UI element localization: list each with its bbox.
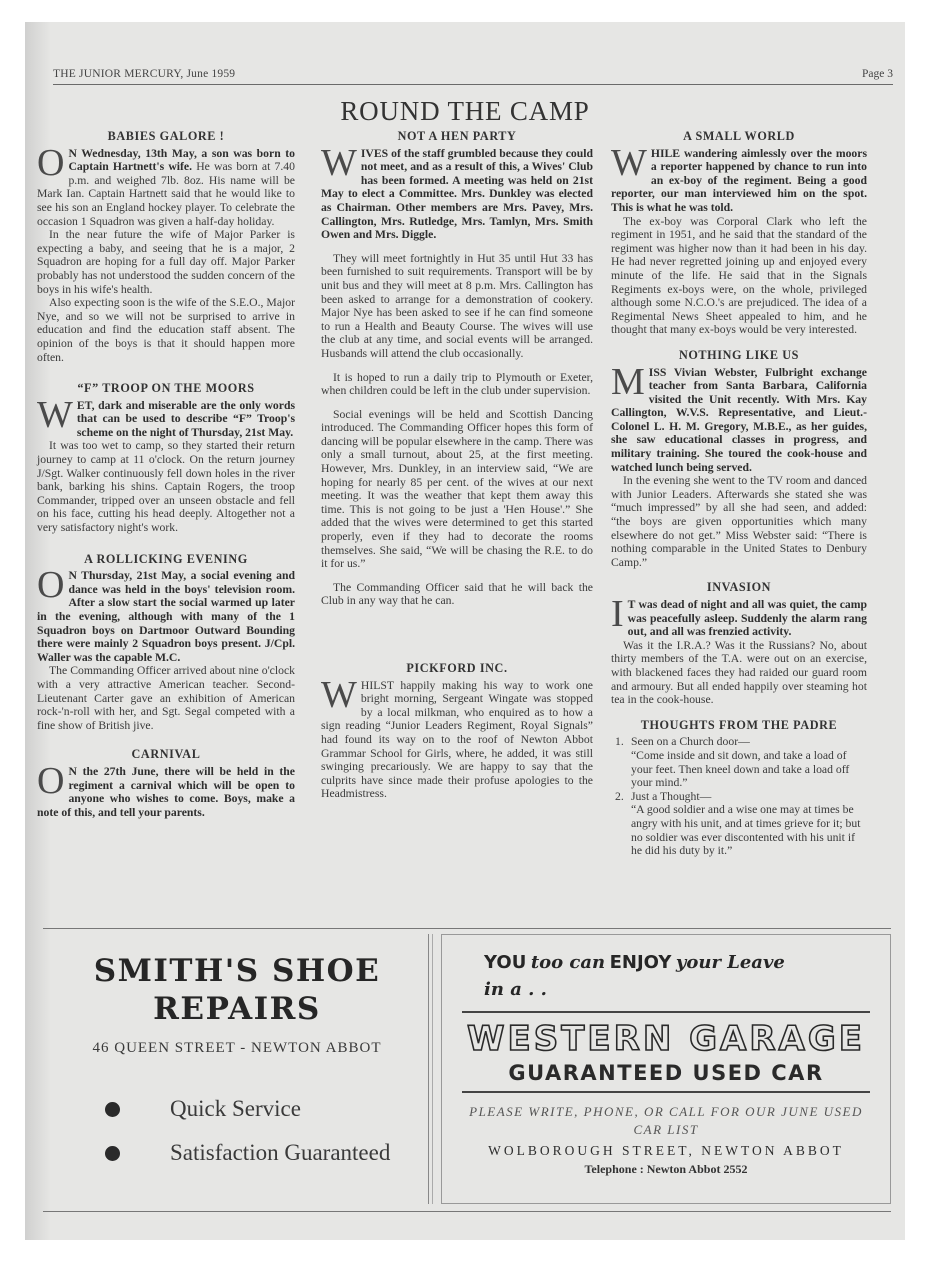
- article-paragraph: Social evenings will be held and Scottis…: [321, 408, 593, 571]
- article-lead: HILE wandering aimlessly over the moors …: [611, 147, 867, 214]
- padre-list: 1. Seen on a Church door— “Come inside a…: [611, 735, 867, 857]
- padre-item: 2. Just a Thought— “A good soldier and a…: [611, 790, 867, 858]
- ad-rule: [462, 1011, 870, 1013]
- article-lead: T was dead of night and all was quiet, t…: [628, 598, 867, 638]
- article-lead: ET, dark and miserable are the only word…: [77, 399, 295, 439]
- article-heading: A SMALL WORLD: [611, 130, 867, 144]
- padre-item: 1. Seen on a Church door— “Come inside a…: [611, 735, 867, 789]
- ad-address: 46 QUEEN STREET - NEWTON ABBOT: [49, 1040, 425, 1057]
- ad-title: SMITH'S SHOE REPAIRS: [49, 952, 425, 1028]
- article-paragraph: It is hoped to run a daily trip to Plymo…: [321, 371, 593, 398]
- article-small-world: A SMALL WORLD WHILE wandering aimlessly …: [611, 130, 867, 337]
- article-heading: A ROLLICKING EVENING: [37, 553, 295, 567]
- article-paragraph: Was it the I.R.A.? Was it the Russians? …: [611, 639, 867, 707]
- article-heading: NOTHING LIKE US: [611, 349, 867, 363]
- drop-cap: M: [611, 367, 645, 397]
- ad-divider: [428, 934, 429, 1204]
- ad-rule: [462, 1091, 870, 1093]
- article-heading: INVASION: [611, 581, 867, 595]
- drop-cap: W: [321, 148, 357, 178]
- article-lead: N Thursday, 21st May, a social evening a…: [37, 569, 295, 664]
- article-f-troop: “F” TROOP ON THE MOORS WET, dark and mis…: [37, 382, 295, 535]
- column-right: A SMALL WORLD WHILE wandering aimlessly …: [611, 130, 867, 870]
- drop-cap: I: [611, 599, 624, 629]
- ad-address: WOLBOROUGH STREET, NEWTON ABBOT: [442, 1143, 890, 1159]
- ad-telephone: Telephone : Newton Abbot 2552: [442, 1162, 890, 1177]
- article-lead: HILST happily making his way to work one…: [321, 679, 593, 801]
- article-thoughts-from-the-padre: THOUGHTS FROM THE PADRE 1. Seen on a Chu…: [611, 719, 867, 858]
- article-heading: THOUGHTS FROM THE PADRE: [611, 719, 867, 733]
- page-title: ROUND THE CAMP: [25, 96, 905, 127]
- article-paragraph: It was too wet to camp, so they started …: [37, 439, 295, 534]
- article-paragraph: The ex-boy was Corporal Clark who left t…: [611, 215, 867, 337]
- ad-call-to-action: PLEASE WRITE, PHONE, OR CALL FOR OUR JUN…: [442, 1103, 890, 1139]
- article-rollicking-evening: A ROLLICKING EVENING ON Thursday, 21st M…: [37, 553, 295, 733]
- ad-bullets: Quick Service Satisfaction Guaranteed: [49, 1087, 425, 1175]
- drop-cap: W: [321, 680, 357, 710]
- ad-tagline: YOU too can ENJOY your Leave in a . .: [442, 935, 890, 1003]
- article-not-a-hen-party: NOT A HEN PARTY WIVES of the staff grumb…: [321, 130, 593, 608]
- ads-top-rule: [43, 928, 891, 929]
- article-lead: ISS Vivian Webster, Fulbright exchange t…: [611, 366, 867, 474]
- article-paragraph: The Commanding Officer arrived about nin…: [37, 664, 295, 732]
- article-carnival: CARNIVAL ON the 27th June, there will be…: [37, 748, 295, 819]
- ad-divider: [432, 934, 433, 1204]
- article-pickford-inc: PICKFORD INC. WHILST happily making his …: [321, 662, 593, 801]
- bullet-icon: [105, 1146, 120, 1161]
- article-paragraph: Also expecting soon is the wife of the S…: [37, 296, 295, 364]
- ad-bullet: Quick Service: [105, 1087, 425, 1131]
- page-number: Page 3: [862, 68, 893, 80]
- ads-bottom-rule: [43, 1211, 891, 1212]
- ad-bullet: Satisfaction Guaranteed: [105, 1131, 425, 1175]
- ad-smiths-shoe-repairs: SMITH'S SHOE REPAIRS 46 QUEEN STREET - N…: [49, 934, 425, 1204]
- article-invasion: INVASION IT was dead of night and all wa…: [611, 581, 867, 706]
- magazine-page: THE JUNIOR MERCURY, June 1959 Page 3 ROU…: [25, 22, 905, 1240]
- article-lead: IVES of the staff grumbled because they …: [321, 147, 593, 242]
- article-nothing-like-us: NOTHING LIKE US MISS Vivian Webster, Ful…: [611, 349, 867, 570]
- article-heading: NOT A HEN PARTY: [321, 130, 593, 144]
- header-rule: [53, 84, 893, 85]
- ad-business-name: WESTERN GARAGE: [442, 1019, 890, 1059]
- article-paragraph: In the evening she went to the TV room a…: [611, 474, 867, 569]
- drop-cap: O: [37, 148, 64, 178]
- column-middle: NOT A HEN PARTY WIVES of the staff grumb…: [321, 130, 593, 813]
- drop-cap: W: [611, 148, 647, 178]
- drop-cap: W: [37, 400, 73, 430]
- article-paragraph: In the near future the wife of Major Par…: [37, 228, 295, 296]
- ad-subtitle: GUARANTEED USED CAR: [442, 1061, 890, 1085]
- column-left: BABIES GALORE ! ON Wednesday, 13th May, …: [37, 130, 295, 831]
- bullet-icon: [105, 1102, 120, 1117]
- article-heading: PICKFORD INC.: [321, 662, 593, 676]
- article-babies-galore: BABIES GALORE ! ON Wednesday, 13th May, …: [37, 130, 295, 364]
- article-heading: CARNIVAL: [37, 748, 295, 762]
- drop-cap: O: [37, 766, 64, 796]
- ad-western-garage: YOU too can ENJOY your Leave in a . . WE…: [441, 934, 891, 1204]
- publication-title: THE JUNIOR MERCURY, June 1959: [53, 68, 235, 80]
- article-lead: N the 27th June, there will be held in t…: [37, 765, 295, 819]
- drop-cap: O: [37, 570, 64, 600]
- article-paragraph: The Commanding Officer said that he will…: [321, 581, 593, 608]
- article-paragraph: They will meet fortnightly in Hut 35 unt…: [321, 252, 593, 361]
- article-heading: “F” TROOP ON THE MOORS: [37, 382, 295, 396]
- article-heading: BABIES GALORE !: [37, 130, 295, 144]
